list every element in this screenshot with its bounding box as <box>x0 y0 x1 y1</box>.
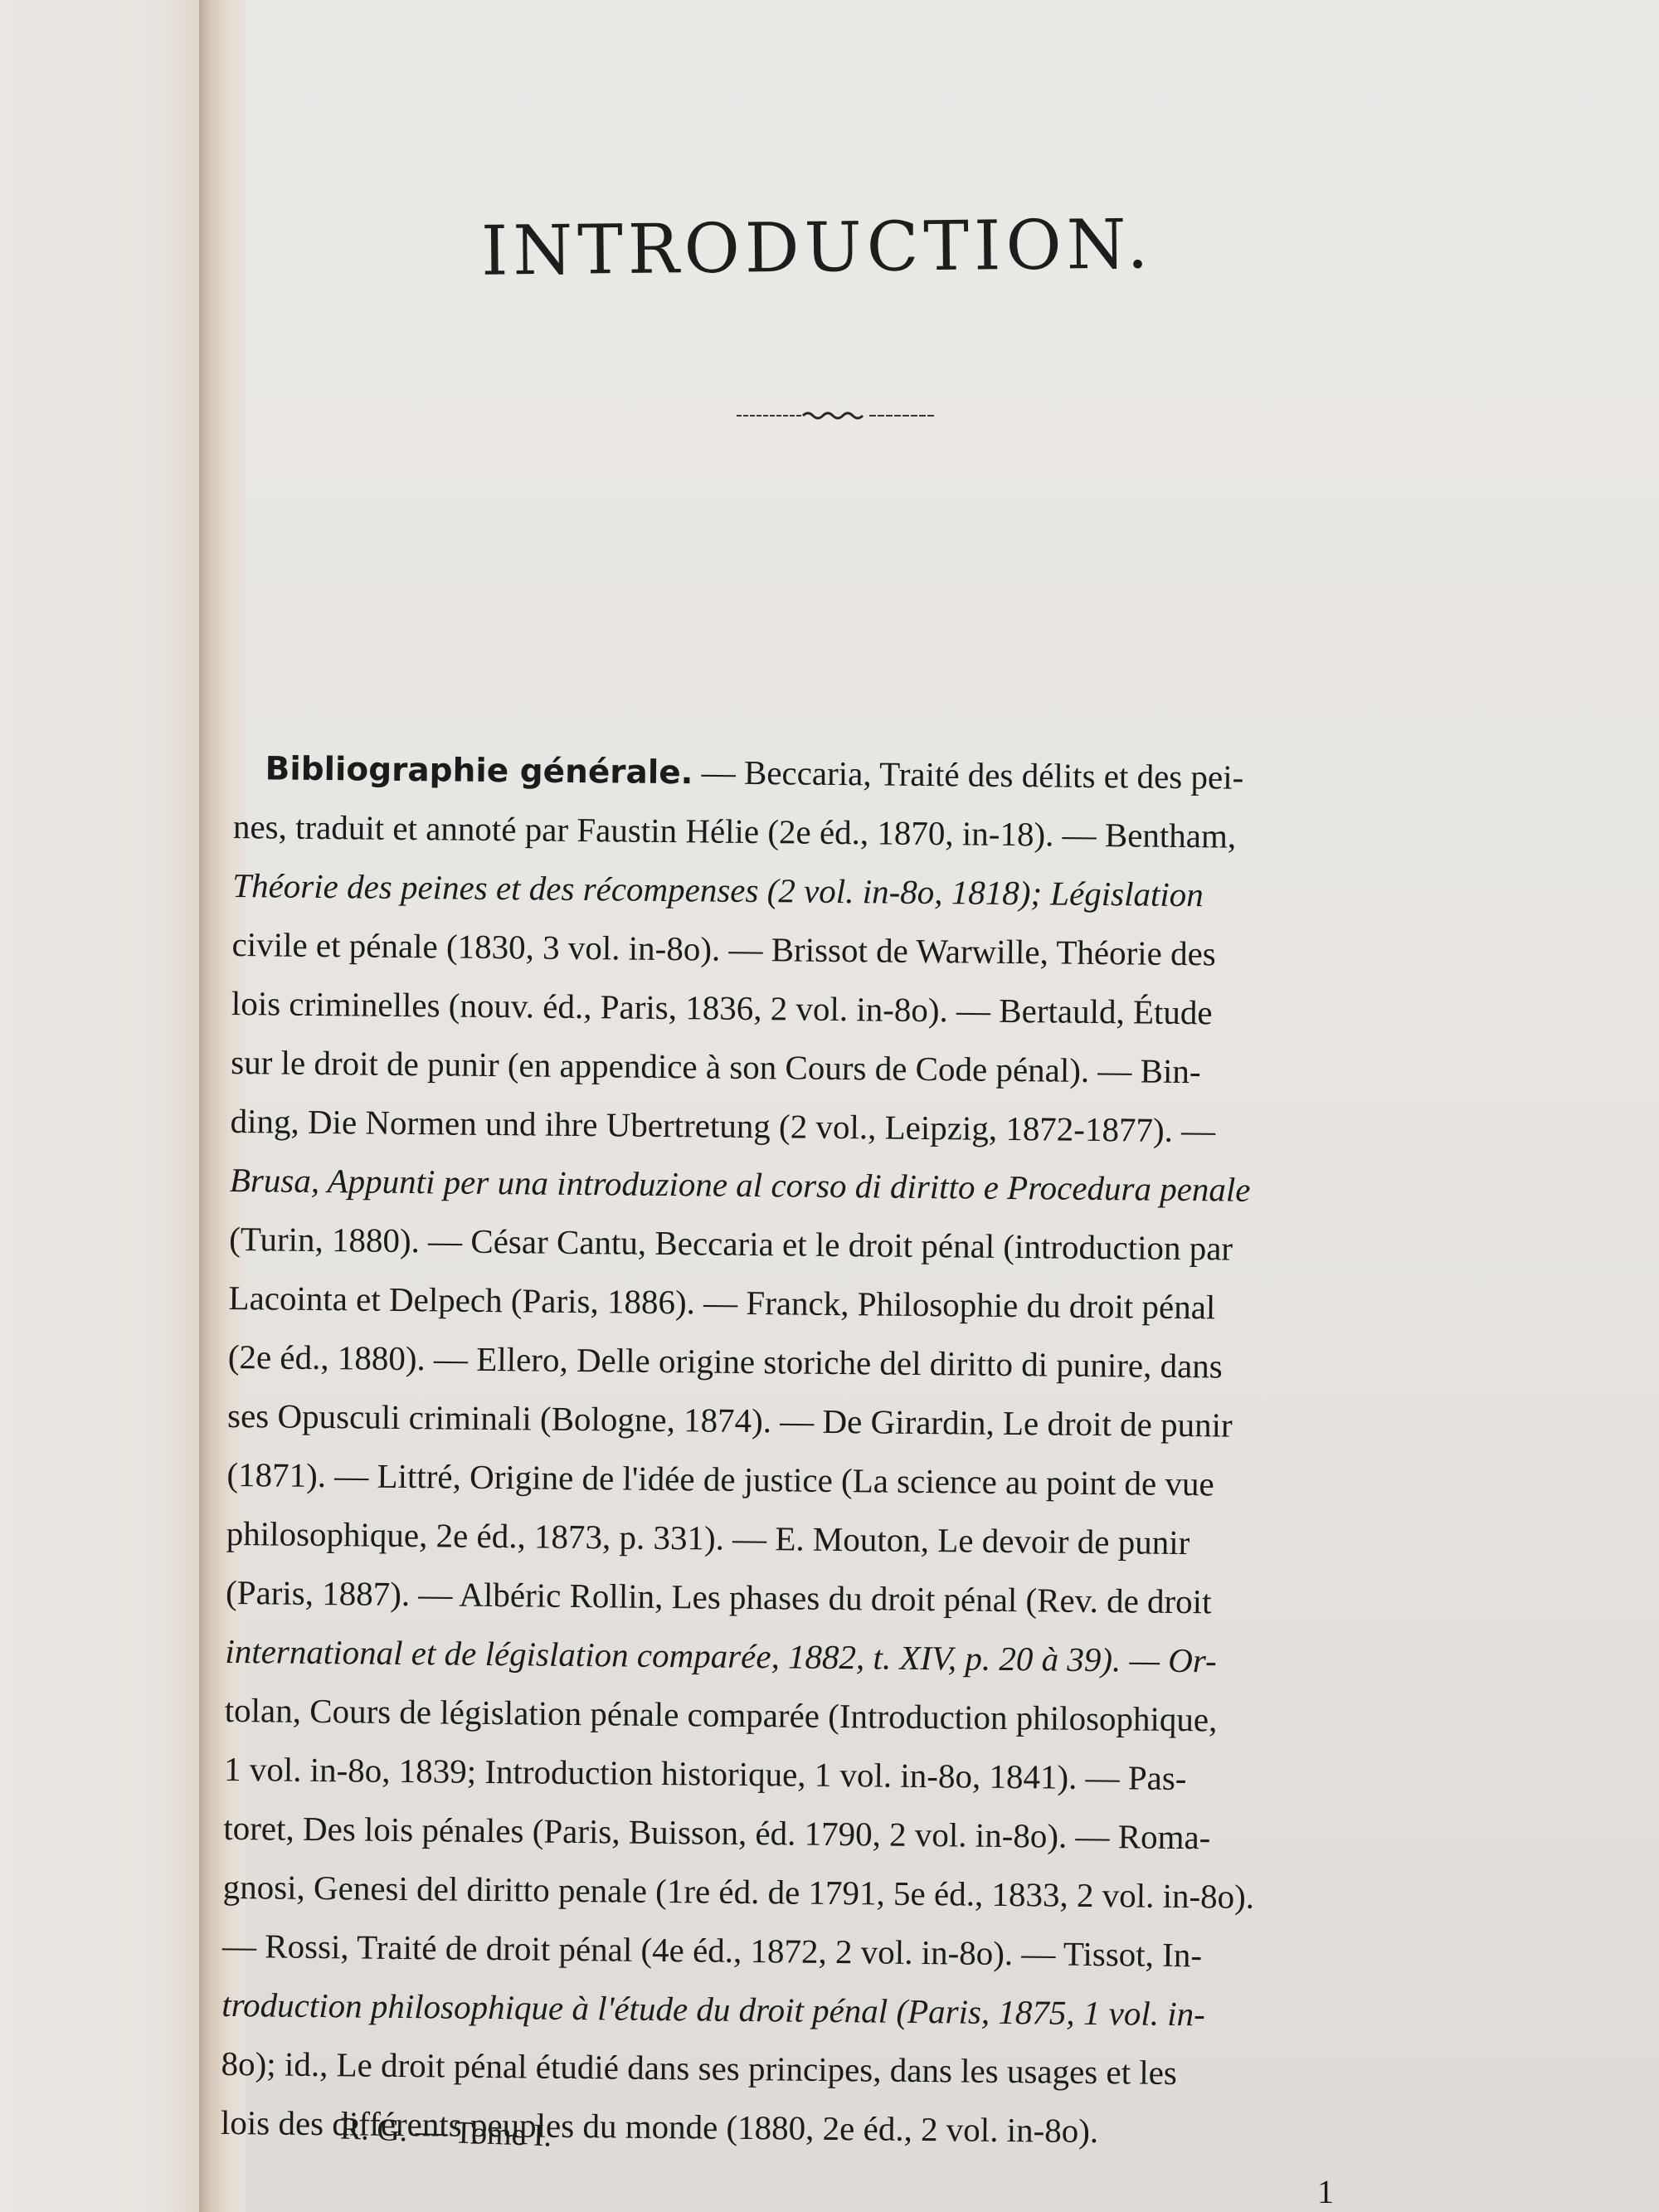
bibliography-paragraph: Bibliographie générale. — Beccaria, Trai… <box>221 738 1486 2164</box>
bibliography-heading: Bibliographie générale. <box>265 750 693 792</box>
bibliography-line-text: — Beccaria, Traité des délits et des pei… <box>693 753 1243 796</box>
page-title: INTRODUCTION. <box>481 204 1228 290</box>
ornament-divider-icon <box>737 408 936 421</box>
page-number: 1 <box>1317 2172 1334 2211</box>
left-page-edge <box>0 0 202 2212</box>
signature-mark: R. G. — Tome I. <box>339 2111 552 2155</box>
